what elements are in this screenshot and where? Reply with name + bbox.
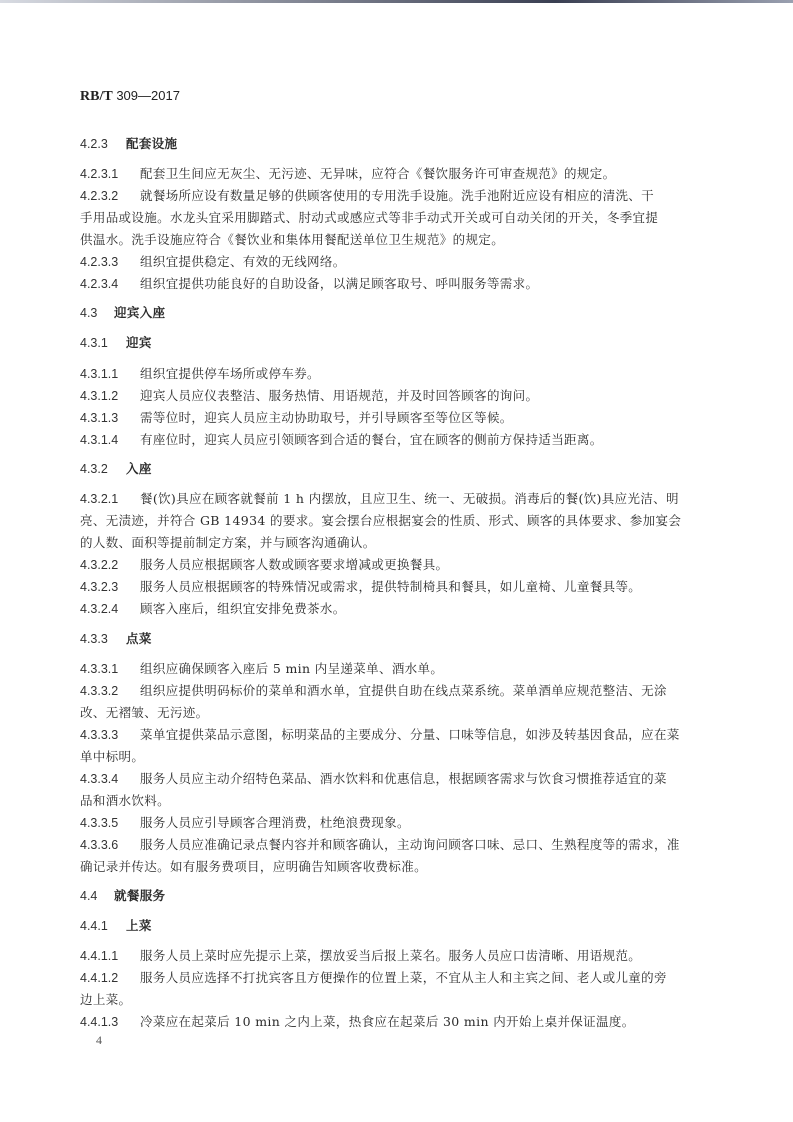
clause-4-3-1-3: 4.3.1.3需等位时，迎宾人员应主动协助取号，并引导顾客至等位区等候。 bbox=[80, 407, 712, 429]
clause-4-3-3-4: 4.3.3.4服务人员应主动介绍特色菜品、酒水饮料和优惠信息，根据顾客需求与饮食… bbox=[80, 768, 712, 790]
clause-4-3-2-2: 4.3.2.2服务人员应根据顾客人数或顾客要求增减或更换餐具。 bbox=[80, 554, 712, 576]
section-heading-4-3-3: 4.3.3点菜 bbox=[80, 628, 712, 650]
section-heading-4-3: 4.3迎宾入座 bbox=[80, 302, 712, 324]
clause-4-3-3-2: 4.3.3.2组织应提供明码标价的菜单和酒水单，宜提供自助在线点菜系统。菜单酒单… bbox=[80, 680, 712, 702]
standard-number: 309—2017 bbox=[116, 88, 180, 103]
clause-4-2-3-4: 4.2.3.4组织宜提供功能良好的自助设备，以满足顾客取号、呼叫服务等需求。 bbox=[80, 273, 712, 295]
section-heading-4-2-3: 4.2.3配套设施 bbox=[80, 133, 712, 155]
clause-4-3-2-1-cont1: 亮、无渍迹，并符合 GB 14934 的要求。宴会摆台应根据宴会的性质、形式、顾… bbox=[80, 510, 712, 532]
section-heading-4-4-1: 4.4.1上菜 bbox=[80, 915, 712, 937]
clause-4-4-1-3: 4.4.1.3冷菜应在起菜后 10 min 之内上菜，热食应在起菜后 30 mi… bbox=[80, 1011, 712, 1033]
clause-4-3-2-4: 4.3.2.4顾客入座后，组织宜安排免费茶水。 bbox=[80, 598, 712, 620]
document-page: RB/T 309—2017 4.2.3配套设施 4.2.3.1配套卫生间应无灰尘… bbox=[0, 0, 793, 1122]
clause-4-2-3-2: 4.2.3.2就餐场所应设有数量足够的供顾客使用的专用洗手设施。洗手池附近应设有… bbox=[80, 185, 712, 207]
clause-4-3-2-1: 4.3.2.1餐(饮)具应在顾客就餐前 1 h 内摆放，且应卫生、统一、无破损。… bbox=[80, 488, 712, 510]
section-heading-4-4: 4.4就餐服务 bbox=[80, 885, 712, 907]
page-number: 4 bbox=[96, 1033, 102, 1048]
clause-4-3-1-1: 4.3.1.1组织宜提供停车场所或停车券。 bbox=[80, 363, 712, 385]
clause-4-3-3-3-cont1: 单中标明。 bbox=[80, 746, 712, 768]
clause-4-3-2-1-cont2: 的人数、面积等提前制定方案，并与顾客沟通确认。 bbox=[80, 532, 712, 554]
clause-4-3-3-6: 4.3.3.6服务人员应准确记录点餐内容并和顾客确认，主动询问顾客口味、忌口、生… bbox=[80, 834, 712, 856]
clause-4-2-3-2-cont1: 手用品或设施。水龙头宜采用脚踏式、肘动式或感应式等非手动式开关或可自动关闭的开关… bbox=[80, 207, 712, 229]
clause-4-3-3-5: 4.3.3.5服务人员应引导顾客合理消费，杜绝浪费现象。 bbox=[80, 812, 712, 834]
clause-4-4-1-2-cont1: 边上菜。 bbox=[80, 989, 712, 1011]
clause-4-3-3-1: 4.3.3.1组织应确保顾客入座后 5 min 内呈递菜单、酒水单。 bbox=[80, 658, 712, 680]
clause-4-3-3-4-cont1: 品和酒水饮料。 bbox=[80, 790, 712, 812]
clause-4-3-3-6-cont1: 确记录并传达。如有服务费项目，应明确告知顾客收费标准。 bbox=[80, 856, 712, 878]
clause-4-3-1-2: 4.3.1.2迎宾人员应仪表整洁、服务热情、用语规范，并及时回答顾客的询问。 bbox=[80, 385, 712, 407]
clause-4-3-3-2-cont1: 改、无褶皱、无污迹。 bbox=[80, 702, 712, 724]
clause-4-2-3-3: 4.2.3.3组织宜提供稳定、有效的无线网络。 bbox=[80, 251, 712, 273]
section-heading-4-3-2: 4.3.2入座 bbox=[80, 458, 712, 480]
clause-4-2-3-2-cont2: 供温水。洗手设施应符合《餐饮业和集体用餐配送单位卫生规范》的规定。 bbox=[80, 229, 712, 251]
standard-header: RB/T 309—2017 bbox=[80, 88, 180, 105]
clause-4-4-1-1: 4.4.1.1服务人员上菜时应先提示上菜，摆放妥当后报上菜名。服务人员应口齿清晰… bbox=[80, 945, 712, 967]
section-heading-4-3-1: 4.3.1迎宾 bbox=[80, 332, 712, 354]
clause-4-2-3-1: 4.2.3.1配套卫生间应无灰尘、无污迹、无异味，应符合《餐饮服务许可审查规范》… bbox=[80, 163, 712, 185]
clause-4-3-2-3: 4.3.2.3服务人员应根据顾客的特殊情况或需求，提供特制椅具和餐具，如儿童椅、… bbox=[80, 576, 712, 598]
clause-4-3-1-4: 4.3.1.4有座位时，迎宾人员应引领顾客到合适的餐台，宜在顾客的侧前方保持适当… bbox=[80, 429, 712, 451]
standard-code: RB/T bbox=[80, 89, 113, 104]
clause-4-4-1-2: 4.4.1.2服务人员应选择不打扰宾客且方便操作的位置上菜，不宜从主人和主宾之间… bbox=[80, 967, 712, 989]
clause-4-3-3-3: 4.3.3.3菜单宜提供菜品示意图，标明菜品的主要成分、分量、口味等信息，如涉及… bbox=[80, 724, 712, 746]
